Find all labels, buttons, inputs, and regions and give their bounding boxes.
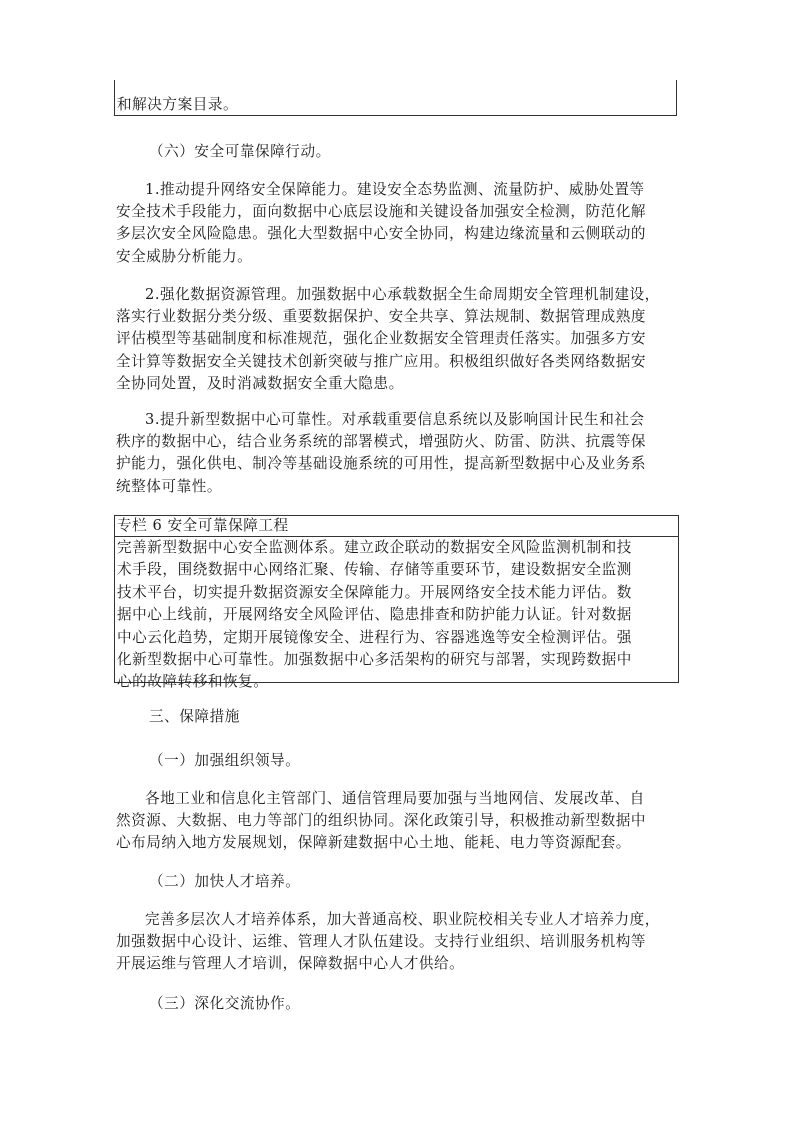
section-6-item-2: 2.强化数据资源管理。加强数据中心承载数据全生命周期安全管理机制建设， 落实行业… [116,284,678,395]
subsection-1-heading: （一）加强组织领导。 [116,750,711,772]
box-line: 术手段，围绕数据中心网络汇聚、传输、存储等重要环节，建设数据安全监测 [117,559,678,581]
box-line: 心的故障转移和恢复。 [117,671,678,693]
paragraph-line: 安全威胁分析能力。 [116,246,678,268]
paragraph-line: 评估模型等基础制度和标准规范，强化企业数据安全管理责任落实。加强多方安 [116,328,678,350]
paragraph-line: 安全技术手段能力，面向数据中心底层设施和关键设备加强安全检测，防范化解 [116,201,678,223]
paragraph-line: 3.提升新型数据中心可靠性。对承载重要信息系统以及影响国计民生和社会 [116,409,678,431]
paragraph-line: 开展运维与管理人才培训，保障数据中心人才供给。 [116,953,678,975]
section-6-item-3: 3.提升新型数据中心可靠性。对承载重要信息系统以及影响国计民生和社会 秩序的数据… [116,409,678,498]
column-box-6: 专栏 6 安全可靠保障工程 完善新型数据中心安全监测体系。建立政企联动的数据安全… [114,515,679,683]
subsection-1-paragraph: 各地工业和信息化主管部门、通信管理局要加强与当地网信、发展改革、自 然资源、大数… [116,788,678,855]
paragraph-line: 2.强化数据资源管理。加强数据中心承载数据全生命周期安全管理机制建设， [116,284,678,306]
paragraph-line: 加强数据中心设计、运维、管理人才队伍建设。支持行业组织、培训服务机构等 [116,931,678,953]
box-line: 完善新型数据中心安全监测体系。建立政企联动的数据安全风险监测机制和技 [117,537,678,559]
box-line: 据中心上线前，开展网络安全风险评估、隐患排查和防护能力认证。针对数据 [117,604,678,626]
previous-column-box-tail: 和解决方案目录。 [114,80,677,116]
box-line: 技术平台，切实提升数据资源安全保障能力。开展网络安全技术能力评估。数 [117,582,678,604]
subsection-2-heading: （二）加快人才培养。 [116,871,711,893]
paragraph-line: 然资源、大数据、电力等部门的组织协同。深化政策引导，积极推动新型数据中 [116,810,678,832]
paragraph-line: 多层次安全风险隐患。强化大型数据中心安全协同，构建边缘流量和云侧联动的 [116,223,678,245]
box-line: 中心云化趋势，定期开展镜像安全、进程行为、容器逃逸等安全检测评估。强 [117,627,678,649]
section-6-item-1: 1.推动提升网络安全保障能力。建设安全态势监测、流量防护、威胁处置等 安全技术手… [116,179,678,268]
paragraph-line: 护能力，强化供电、制冷等基础设施系统的可用性，提高新型数据中心及业务系 [116,453,678,475]
paragraph-line: 完善多层次人才培养体系，加大普通高校、职业院校相关专业人才培养力度， [116,909,678,931]
subsection-3-heading: （三）深化交流协作。 [116,993,711,1015]
paragraph-line: 统整体可靠性。 [116,476,678,498]
column-box-title: 专栏 6 安全可靠保障工程 [115,516,678,537]
paragraph-line: 秩序的数据中心，结合业务系统的部署模式，增强防火、防雷、防洪、抗震等保 [116,431,678,453]
paragraph-line: 各地工业和信息化主管部门、通信管理局要加强与当地网信、发展改革、自 [116,788,678,810]
paragraph-line: 落实行业数据分类分级、重要数据保护、安全共享、算法规制、数据管理成熟度 [116,306,678,328]
box-line: 化新型数据中心可靠性。加强数据中心多活架构的研究与部署，实现跨数据中 [117,649,678,671]
part-3-heading: 三、保障措施 [116,706,711,728]
section-6-heading: （六）安全可靠保障行动。 [116,141,711,163]
previous-box-text: 和解决方案目录。 [117,94,238,116]
paragraph-line: 全协同处置，及时消减数据安全重大隐患。 [116,373,678,395]
paragraph-line: 心布局纳入地方发展规划，保障新建数据中心土地、能耗、电力等资源配套。 [116,832,678,854]
paragraph-line: 全计算等数据安全关键技术创新突破与推广应用。积极组织做好各类网络数据安 [116,351,678,373]
document-page: 和解决方案目录。 （六）安全可靠保障行动。 1.推动提升网络安全保障能力。建设安… [0,0,793,1122]
paragraph-line: 1.推动提升网络安全保障能力。建设安全态势监测、流量防护、威胁处置等 [116,179,678,201]
column-box-body: 完善新型数据中心安全监测体系。建立政企联动的数据安全风险监测机制和技 术手段，围… [115,537,678,694]
subsection-2-paragraph: 完善多层次人才培养体系，加大普通高校、职业院校相关专业人才培养力度， 加强数据中… [116,909,678,976]
